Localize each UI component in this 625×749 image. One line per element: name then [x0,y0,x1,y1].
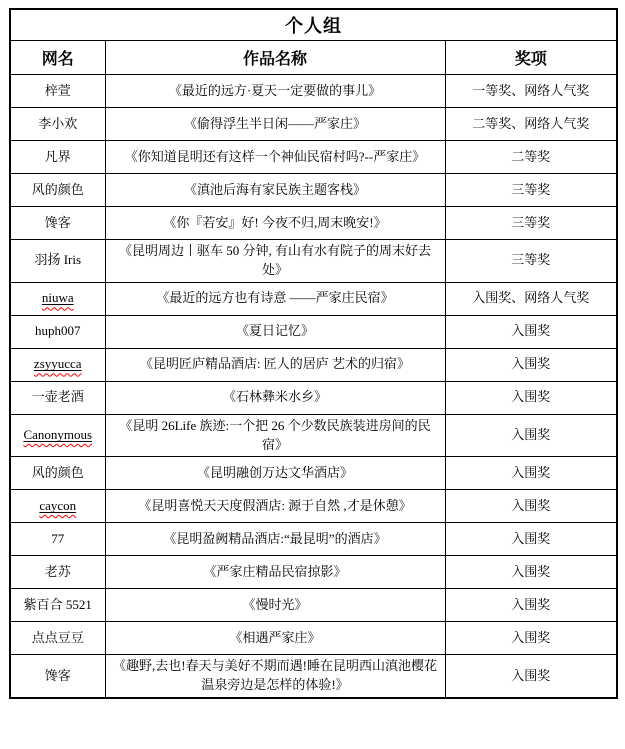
netname-cell: 羽扬 Iris [10,240,105,283]
netname-cell: caycon [10,490,105,523]
netname-text: 老苏 [45,564,71,579]
award-text: 三等奖 [511,182,550,197]
work-title-text: 《夏日记忆》 [236,323,314,338]
award-cell: 入围奖 [445,655,617,698]
award-cell: 入围奖 [445,348,617,381]
netname-cell: 李小欢 [10,108,105,141]
work-title-cell: 《夏日记忆》 [105,315,445,348]
work-title-cell: 《石林彝米水乡》 [105,381,445,414]
table-title-row: 个人组 [10,9,617,41]
work-title-cell: 《滇池后海有家民族主题客栈》 [105,174,445,207]
netname-text: zsyyucca [34,356,82,371]
netname-text: 馋客 [45,215,71,230]
award-cell: 三等奖 [445,174,617,207]
award-text: 入围奖 [511,668,550,683]
table-row: 老苏 《严家庄精品民宿掠影》 入围奖 [10,556,617,589]
work-title-cell: 《你知道昆明还有这样一个神仙民宿村吗?--严家庄》 [105,141,445,174]
award-text: 入围奖 [511,531,550,546]
award-text: 三等奖 [511,215,550,230]
netname-underlined-text: zsyyucca [34,356,82,371]
table-row: 一壶老酒 《石林彝米水乡》 入围奖 [10,381,617,414]
netname-cell: niuwa [10,282,105,315]
table-row: 凡界 《你知道昆明还有这样一个神仙民宿村吗?--严家庄》 二等奖 [10,141,617,174]
award-cell: 二等奖、网络人气奖 [445,108,617,141]
awards-table: 个人组 网名 作品名称 奖项 梓萱 《最近的远方·夏天一定要做的事儿》 一等奖、… [9,8,618,699]
netname-text: 紫百合 5521 [24,597,92,612]
table-row: 点点豆豆 《相遇严家庄》 入围奖 [10,622,617,655]
document-page: 个人组 网名 作品名称 奖项 梓萱 《最近的远方·夏天一定要做的事儿》 一等奖、… [0,0,625,749]
award-text: 入围奖 [511,564,550,579]
award-cell: 入围奖 [445,315,617,348]
netname-text: 一壶老酒 [32,389,84,404]
table-body: 梓萱 《最近的远方·夏天一定要做的事儿》 一等奖、网络人气奖 李小欢 《偷得浮生… [10,75,617,699]
award-text: 入围奖 [511,389,550,404]
netname-cell: 风的颜色 [10,174,105,207]
work-title-text: 《昆明喜悦天天度假酒店: 源于自然 ,才是休憩》 [138,498,411,513]
column-header-award: 奖项 [445,41,617,75]
netname-underlined-text: Canonymous [23,427,92,442]
award-cell: 入围奖 [445,490,617,523]
netname-text: 凡界 [45,149,71,164]
netname-cell: 77 [10,523,105,556]
netname-text: 梓萱 [45,83,71,98]
netname-cell: 梓萱 [10,75,105,108]
netname-underlined-text: caycon [39,498,76,513]
netname-text: 风的颜色 [32,182,84,197]
award-text: 入围奖 [511,597,550,612]
work-title-cell: 《昆明 26Life 族迹:一个把 26 个少数民族装进房间的民宿》 [105,414,445,457]
work-title-text: 《严家庄精品民宿掠影》 [203,564,346,579]
netname-cell: 馋客 [10,207,105,240]
award-text: 入围奖 [511,356,550,371]
work-title-cell: 《你『若安』好! 今夜不归,周末晚安!》 [105,207,445,240]
award-cell: 入围奖 [445,556,617,589]
work-title-cell: 《昆明匠庐精品酒店: 匠人的居庐 艺术的归宿》 [105,348,445,381]
table-row: 馋客 《趣野,去也!春天与美好不期而遇!睡在昆明西山滇池樱花温泉旁边是怎样的体验… [10,655,617,698]
netname-cell: 点点豆豆 [10,622,105,655]
work-title-text: 《趣野,去也!春天与美好不期而遇!睡在昆明西山滇池樱花温泉旁边是怎样的体验!》 [113,658,437,692]
netname-text: 李小欢 [38,116,77,131]
work-title-cell: 《严家庄精品民宿掠影》 [105,556,445,589]
table-row: 风的颜色 《昆明融创万达文华酒店》 入围奖 [10,457,617,490]
award-text: 入围奖 [511,630,550,645]
work-title-text: 《昆明融创万达文华酒店》 [197,465,353,480]
table-row: 紫百合 5521 《慢时光》 入围奖 [10,589,617,622]
table-row: caycon 《昆明喜悦天天度假酒店: 源于自然 ,才是休憩》 入围奖 [10,490,617,523]
award-cell: 三等奖 [445,240,617,283]
table-row: 羽扬 Iris 《昆明周边丨驱车 50 分钟, 有山有水有院子的周末好去处》 三… [10,240,617,283]
work-title-text: 《石林彝米水乡》 [223,389,327,404]
netname-cell: 馋客 [10,655,105,698]
netname-text: 羽扬 Iris [34,252,81,267]
work-title-text: 《你知道昆明还有这样一个神仙民宿村吗?--严家庄》 [125,149,425,164]
award-cell: 一等奖、网络人气奖 [445,75,617,108]
award-cell: 入围奖 [445,523,617,556]
work-title-cell: 《相遇严家庄》 [105,622,445,655]
award-cell: 入围奖 [445,381,617,414]
netname-cell: 老苏 [10,556,105,589]
work-title-cell: 《昆明喜悦天天度假酒店: 源于自然 ,才是休憩》 [105,490,445,523]
work-title-text: 《慢时光》 [242,597,307,612]
award-cell: 入围奖 [445,622,617,655]
netname-underlined-text: niuwa [42,290,74,305]
award-text: 三等奖 [511,252,550,267]
award-text: 一等奖、网络人气奖 [472,83,589,98]
award-cell: 二等奖 [445,141,617,174]
work-title-cell: 《昆明周边丨驱车 50 分钟, 有山有水有院子的周末好去处》 [105,240,445,283]
netname-text: 风的颜色 [32,465,84,480]
award-text: 二等奖、网络人气奖 [472,116,589,131]
table-row: 风的颜色 《滇池后海有家民族主题客栈》 三等奖 [10,174,617,207]
work-title-text: 《最近的远方也有诗意 ——严家庄民宿》 [156,290,393,305]
work-title-text: 《昆明匠庐精品酒店: 匠人的居庐 艺术的归宿》 [140,356,410,371]
work-title-text: 《昆明 26Life 族迹:一个把 26 个少数民族装进房间的民宿》 [119,418,430,452]
work-title-text: 《滇池后海有家民族主题客栈》 [184,182,366,197]
award-cell: 入围奖 [445,414,617,457]
netname-cell: 风的颜色 [10,457,105,490]
table-row: 梓萱 《最近的远方·夏天一定要做的事儿》 一等奖、网络人气奖 [10,75,617,108]
netname-cell: 一壶老酒 [10,381,105,414]
netname-text: Canonymous [23,427,92,442]
award-cell: 三等奖 [445,207,617,240]
work-title-cell: 《最近的远方也有诗意 ——严家庄民宿》 [105,282,445,315]
netname-text: niuwa [42,290,74,305]
table-header-row: 网名 作品名称 奖项 [10,41,617,75]
table-row: Canonymous 《昆明 26Life 族迹:一个把 26 个少数民族装进房… [10,414,617,457]
column-header-work-title: 作品名称 [105,41,445,75]
work-title-text: 《偷得浮生半日闲——严家庄》 [184,116,366,131]
award-text: 入围奖 [511,498,550,513]
award-text: 入围奖 [511,427,550,442]
netname-cell: zsyyucca [10,348,105,381]
work-title-text: 《昆明周边丨驱车 50 分钟, 有山有水有院子的周末好去处》 [119,243,431,277]
award-text: 入围奖、网络人气奖 [472,290,589,305]
work-title-text: 《昆明盈阙精品酒店:“最昆明”的酒店》 [163,531,386,546]
work-title-text: 《相遇严家庄》 [229,630,320,645]
netname-cell: Canonymous [10,414,105,457]
netname-text: 馋客 [45,668,71,683]
work-title-cell: 《趣野,去也!春天与美好不期而遇!睡在昆明西山滇池樱花温泉旁边是怎样的体验!》 [105,655,445,698]
netname-cell: 紫百合 5521 [10,589,105,622]
column-header-netname: 网名 [10,41,105,75]
award-text: 入围奖 [511,465,550,480]
table-row: niuwa 《最近的远方也有诗意 ——严家庄民宿》 入围奖、网络人气奖 [10,282,617,315]
netname-cell: 凡界 [10,141,105,174]
table-row: 77 《昆明盈阙精品酒店:“最昆明”的酒店》 入围奖 [10,523,617,556]
table-row: 馋客 《你『若安』好! 今夜不归,周末晚安!》 三等奖 [10,207,617,240]
award-cell: 入围奖、网络人气奖 [445,282,617,315]
work-title-cell: 《慢时光》 [105,589,445,622]
work-title-cell: 《最近的远方·夏天一定要做的事儿》 [105,75,445,108]
award-cell: 入围奖 [445,457,617,490]
netname-text: huph007 [35,323,81,338]
work-title-text: 《最近的远方·夏天一定要做的事儿》 [169,83,381,98]
table-title: 个人组 [10,9,617,41]
netname-text: 点点豆豆 [32,630,84,645]
work-title-cell: 《昆明盈阙精品酒店:“最昆明”的酒店》 [105,523,445,556]
work-title-cell: 《偷得浮生半日闲——严家庄》 [105,108,445,141]
netname-text: 77 [51,531,64,546]
award-text: 二等奖 [511,149,550,164]
work-title-text: 《你『若安』好! 今夜不归,周末晚安!》 [163,215,386,230]
work-title-cell: 《昆明融创万达文华酒店》 [105,457,445,490]
table-row: zsyyucca 《昆明匠庐精品酒店: 匠人的居庐 艺术的归宿》 入围奖 [10,348,617,381]
table-row: 李小欢 《偷得浮生半日闲——严家庄》 二等奖、网络人气奖 [10,108,617,141]
award-text: 入围奖 [511,323,550,338]
award-cell: 入围奖 [445,589,617,622]
table-row: huph007 《夏日记忆》 入围奖 [10,315,617,348]
netname-text: caycon [39,498,76,513]
netname-cell: huph007 [10,315,105,348]
